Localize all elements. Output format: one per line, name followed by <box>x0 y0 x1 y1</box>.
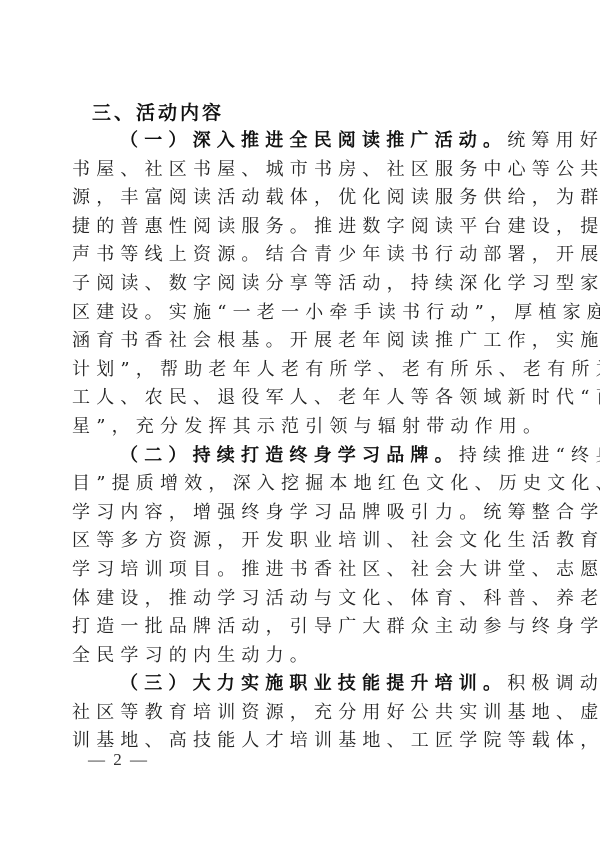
paragraph-1-line-7: 区建设。实施“一老一小牵手读书行动”，厚植家庭阅读风尚， <box>72 299 532 328</box>
paragraph-2-line-1: （二）持续打造终身学习品牌。持续推进“终身学习品牌项 <box>72 442 532 471</box>
page-number: — 2 — <box>88 750 149 770</box>
paragraph-1-line-1: （一）深入推进全民阅读推广活动。统筹用好图书馆、农家 <box>72 127 532 156</box>
paragraph-2-line-6: 体建设，推动学习活动与文化、体育、科普、养老等深入融合， <box>72 585 532 614</box>
paragraph-1-line-9: 计划”，帮助老年人老有所学、老有所乐、老有所为。持续宣传 <box>72 356 532 385</box>
paragraph-3-line-1: （三）大力实施职业技能提升培训。积极调动企业、学校、 <box>72 670 532 699</box>
paragraph-2-line-3: 学习内容，增强终身学习品牌吸引力。统筹整合学校、企业、社 <box>72 499 532 528</box>
document-page: 三、活动内容 （一）深入推进全民阅读推广活动。统筹用好图书馆、农家 书屋、社区书… <box>0 0 600 848</box>
paragraph-1-line-4: 捷的普惠性阅读服务。推进数字阅读平台建设，提供电子书、有 <box>72 213 532 242</box>
paragraph-1-line-1-text: 统筹用好图书馆、农家 <box>507 130 600 151</box>
paragraph-1-line-3: 源，丰富阅读活动载体，优化阅读服务供给，为群众提供就近便 <box>72 184 532 213</box>
paragraph-2-line-5: 学习培训项目。推进书香社区、社会大讲堂、志愿服务等特色载 <box>72 556 532 585</box>
paragraph-3-line-1-text: 积极调动企业、学校、 <box>507 673 600 694</box>
paragraph-2-lead: （二）持续打造终身学习品牌。 <box>120 445 459 466</box>
paragraph-1-line-8: 涵育书香社会根基。开展老年阅读推广工作，实施“银龄领读者 <box>72 327 532 356</box>
paragraph-3-line-2: 社区等教育培训资源，充分用好公共实训基地、虚拟仿真示范实 <box>72 699 532 728</box>
paragraph-1-lead: （一）深入推进全民阅读推广活动。 <box>120 130 507 151</box>
paragraph-2-line-7: 打造一批品牌活动，引导广大群众主动参与终身学习，持续激发 <box>72 613 532 642</box>
paragraph-3-lead: （三）大力实施职业技能提升培训。 <box>120 673 507 694</box>
paragraph-1-line-10: 工人、农民、退役军人、老年人等各领域新时代“百姓学习之 <box>72 384 532 413</box>
section-heading: 三、活动内容 <box>92 99 224 127</box>
paragraph-2-line-8: 全民学习的内生动力。 <box>72 642 532 671</box>
paragraph-1-line-11: 星”，充分发挥其示范引领与辐射带动作用。 <box>72 413 532 442</box>
paragraph-2-line-2: 目”提质增效，深入挖掘本地红色文化、历史文化、民俗文化等 <box>72 470 532 499</box>
paragraph-1-line-2: 书屋、社区书屋、城市书房、社区服务中心等公共文化阵地资 <box>72 156 532 185</box>
paragraph-2-line-4: 区等多方资源，开发职业培训、社会文化生活教育、闲暇教育等 <box>72 527 532 556</box>
paragraph-2-line-1-text: 持续推进“终身学习品牌项 <box>459 445 600 466</box>
paragraph-1-line-6: 子阅读、数字阅读分享等活动，持续深化学习型家庭、学习型社 <box>72 270 532 299</box>
paragraph-1-line-5: 声书等线上资源。结合青少年读书行动部署，开展主题阅读、亲 <box>72 241 532 270</box>
body-text: （一）深入推进全民阅读推广活动。统筹用好图书馆、农家 书屋、社区书屋、城市书房、… <box>72 127 532 756</box>
